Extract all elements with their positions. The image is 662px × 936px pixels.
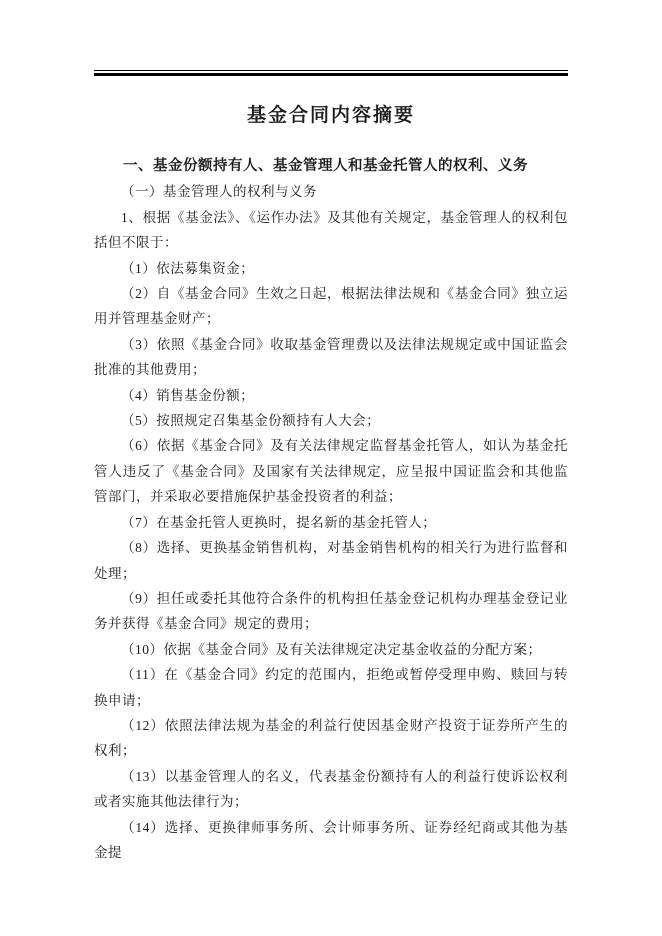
header-divider-rule — [94, 70, 568, 76]
list-item: （10）依据《基金合同》及有关法律规定决定基金收益的分配方案； — [94, 637, 568, 662]
list-item: （14）选择、更换律师事务所、会计师事务所、证券经纪商或其他为基金提 — [94, 815, 568, 866]
list-item: （9）担任或委托其他符合条件的机构担任基金登记机构办理基金登记业务并获得《基金合… — [94, 586, 568, 637]
document-title: 基金合同内容摘要 — [94, 102, 568, 130]
list-item: （8）选择、更换基金销售机构，对基金销售机构的相关行为进行监督和处理； — [94, 535, 568, 586]
list-item: （11）在《基金合同》约定的范围内，拒绝或暂停受理申购、赎回与转换申请； — [94, 662, 568, 713]
list-item: （13）以基金管理人的名义，代表基金份额持有人的利益行使诉讼权利或者实施其他法律… — [94, 764, 568, 815]
list-item: （3）依照《基金合同》收取基金管理费以及法律法规规定或中国证监会批准的其他费用； — [94, 332, 568, 383]
intro-paragraph: 1、根据《基金法》、《运作办法》及其他有关规定，基金管理人的权利包括但不限于： — [94, 205, 568, 256]
list-item: （5）按照规定召集基金份额持有人大会； — [94, 408, 568, 433]
subsection-heading: （一）基金管理人的权利与义务 — [94, 179, 568, 204]
list-item: （12）依照法律法规为基金的利益行使因基金财产投资于证券所产生的权利； — [94, 713, 568, 764]
list-item: （7）在基金托管人更换时，提名新的基金托管人； — [94, 510, 568, 535]
document-content: 基金合同内容摘要 一、基金份额持有人、基金管理人和基金托管人的权利、义务 （一）… — [94, 70, 568, 865]
section-heading: 一、基金份额持有人、基金管理人和基金托管人的权利、义务 — [94, 154, 568, 179]
list-item: （4）销售基金份额； — [94, 383, 568, 408]
document-page: 基金合同内容摘要 一、基金份额持有人、基金管理人和基金托管人的权利、义务 （一）… — [0, 0, 662, 936]
list-item: （1）依法募集资金； — [94, 256, 568, 281]
list-item: （2）自《基金合同》生效之日起，根据法律法规和《基金合同》独立运用并管理基金财产… — [94, 281, 568, 332]
list-item: （6）依据《基金合同》及有关法律规定监督基金托管人，如认为基金托管人违反了《基金… — [94, 433, 568, 509]
